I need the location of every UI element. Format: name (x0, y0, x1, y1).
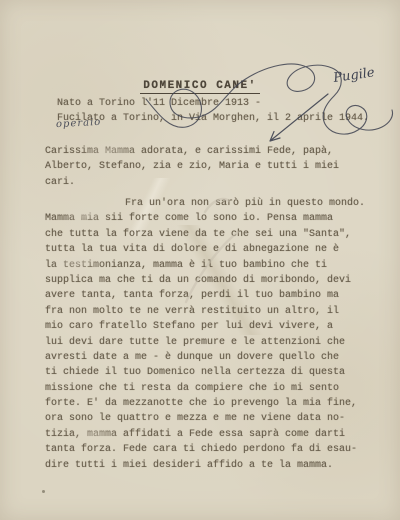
typewritten-line: che tutta la forza viene da te che sei u… (45, 227, 385, 242)
typewritten-line: avresti date a me - è dunque un dovere q… (45, 350, 385, 365)
typewritten-line: tutta la tua vita di dolore e di abnegaz… (45, 242, 385, 257)
typewritten-line: fra non molto te ne verrà restituito un … (45, 304, 385, 319)
letter-page: DOMENICO CANE' Nato a Torino l'11 Dicemb… (0, 0, 400, 520)
typewritten-line: supplica ma che ti da un comando di mori… (45, 273, 385, 288)
typewritten-line: ti chiede il tuo Domenico nella certezza… (45, 365, 385, 380)
biography-header: Nato a Torino l'11 Dicembre 1913 - Fucil… (57, 96, 387, 127)
typewritten-line: cari. (45, 175, 380, 190)
typewritten-line: avere tanta, tanta forza, perdi il tuo b… (45, 288, 385, 303)
typewritten-line: Fra un'ora non sarò più in questo mondo. (45, 196, 385, 211)
typewritten-line: la testimonianza, mamma è il tuo bambino… (45, 258, 385, 273)
salutation: Carissima Mamma adorata, e carissimi Fed… (45, 144, 380, 190)
typewritten-line: missione che ti resta da compiere che io… (45, 381, 385, 396)
typewritten-line: forte. E' da mezzanotte che io prevengo … (45, 396, 385, 411)
typewritten-line: lui devi dare tutte le premure e le atte… (45, 335, 385, 350)
death-line: Fucilato a Torino, in Via Morghen, il 2 … (57, 111, 387, 126)
typewritten-line: dire tutti i miei desideri affido a te l… (45, 458, 385, 473)
ink-speck (42, 490, 45, 493)
typewritten-line: tanta forza. Fede cara ti chiedo perdono… (45, 442, 385, 457)
typewritten-line: tizia, mamma affidati a Fede essa saprà … (45, 427, 385, 442)
document-title: DOMENICO CANE' (140, 80, 259, 94)
birth-line: Nato a Torino l'11 Dicembre 1913 - (57, 96, 387, 111)
letter-body: Fra un'ora non sarò più in questo mondo.… (45, 196, 385, 473)
typewritten-line: Carissima Mamma adorata, e carissimi Fed… (45, 144, 380, 159)
typewritten-line: Alberto, Stefano, zia e zio, Maria e tut… (45, 159, 380, 174)
typewritten-line: ora sono le quattro e mezza e me ne vien… (45, 411, 385, 426)
typewritten-line: mio caro fratello Stefano per lui devi v… (45, 319, 385, 334)
typewritten-line: Mamma mia sii forte come lo sono io. Pen… (45, 211, 385, 226)
